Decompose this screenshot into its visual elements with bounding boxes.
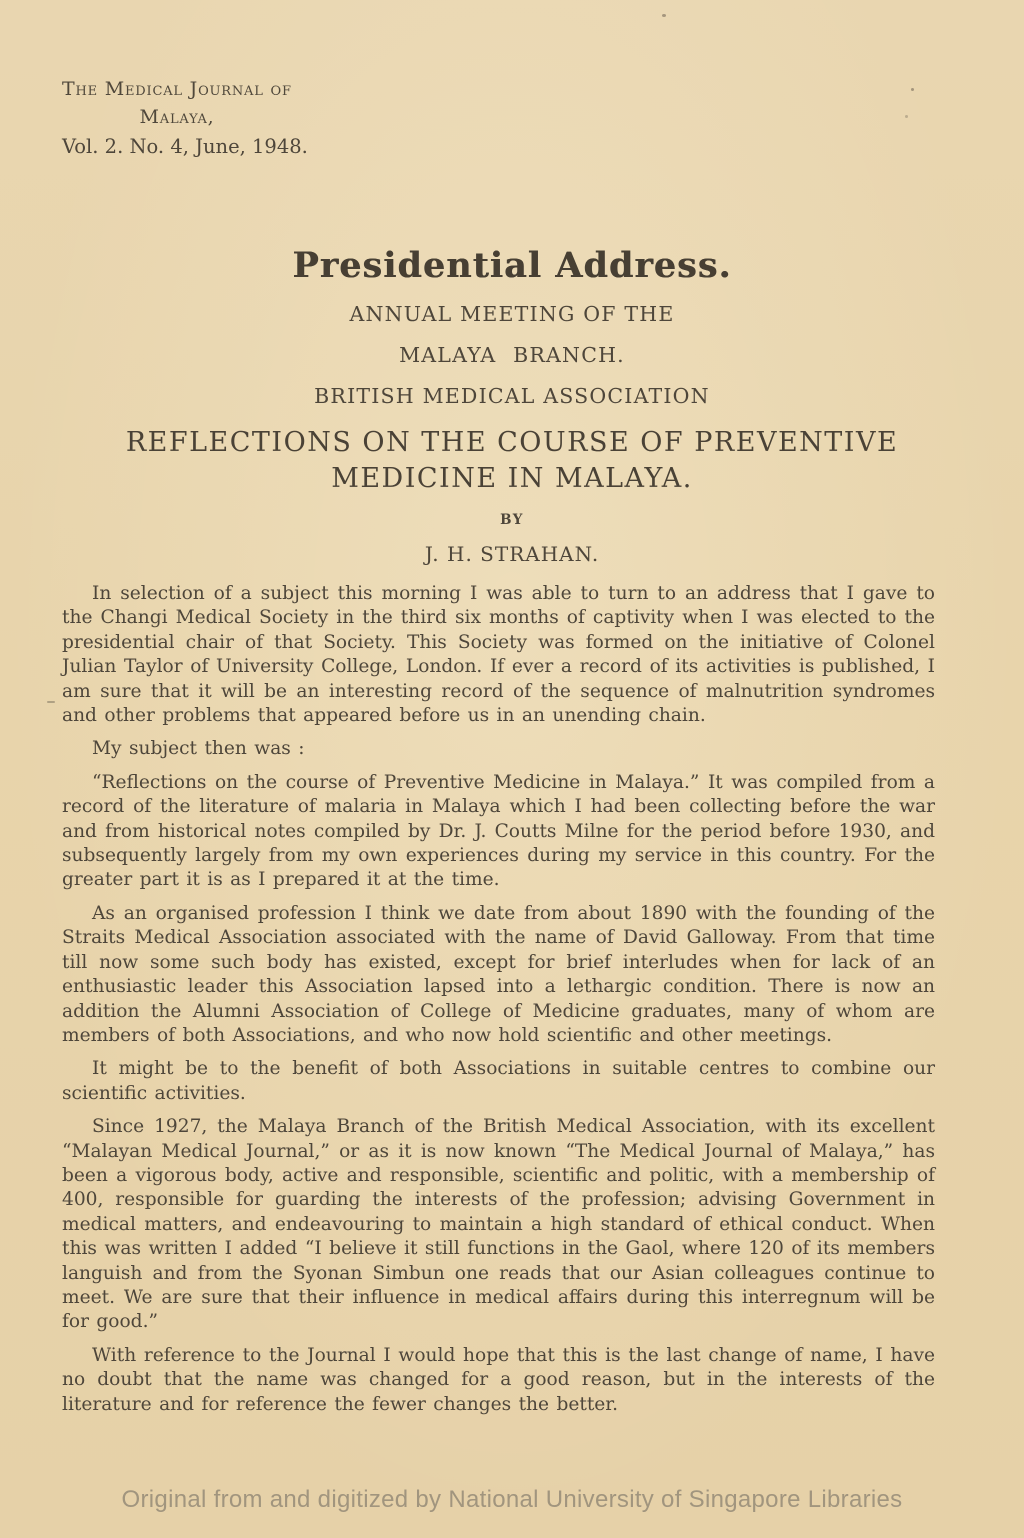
paragraph-5: It might be to the benefit of both Assoc… xyxy=(62,1057,935,1106)
byline-label: BY xyxy=(0,512,1024,528)
masthead: The Medical Journal of Malaya, Vol. 2. N… xyxy=(62,76,342,161)
subtitle-annual-meeting: ANNUAL MEETING OF THE xyxy=(0,302,1024,326)
issue-info: Vol. 2. No. 4, June, 1948. xyxy=(62,133,342,161)
scanned-journal-page: The Medical Journal of Malaya, Vol. 2. N… xyxy=(0,0,1024,1538)
paper-speck xyxy=(47,701,55,703)
article-body: In selection of a subject this morning I… xyxy=(62,582,935,1426)
author-name: J. H. STRAHAN. xyxy=(0,542,1024,566)
section-title: Presidential Address. xyxy=(0,245,1024,286)
article-heading: Presidential Address. ANNUAL MEETING OF … xyxy=(0,245,1024,566)
digitization-watermark: Original from and digitized by National … xyxy=(0,1486,1024,1514)
paragraph-7: With reference to the Journal I would ho… xyxy=(62,1344,935,1417)
paragraph-4: As an organised profession I think we da… xyxy=(62,902,935,1048)
journal-name-line2: Malaya, xyxy=(62,104,292,132)
paragraph-2: My subject then was : xyxy=(62,737,935,761)
article-title: REFLECTIONS ON THE COURSE OF PREVENTIVE … xyxy=(97,425,927,498)
paragraph-3: “Reflections on the course of Preventive… xyxy=(62,771,935,893)
paper-speck xyxy=(905,115,908,118)
paper-speck xyxy=(911,88,914,91)
paragraph-1: In selection of a subject this morning I… xyxy=(62,582,935,728)
paper-speck xyxy=(662,14,666,17)
journal-name-line1: The Medical Journal of xyxy=(62,76,342,104)
paragraph-6: Since 1927, the Malaya Branch of the Bri… xyxy=(62,1115,935,1335)
subtitle-malaya-branch: MALAYA BRANCH. xyxy=(0,343,1024,367)
subtitle-bma: BRITISH MEDICAL ASSOCIATION xyxy=(0,384,1024,408)
